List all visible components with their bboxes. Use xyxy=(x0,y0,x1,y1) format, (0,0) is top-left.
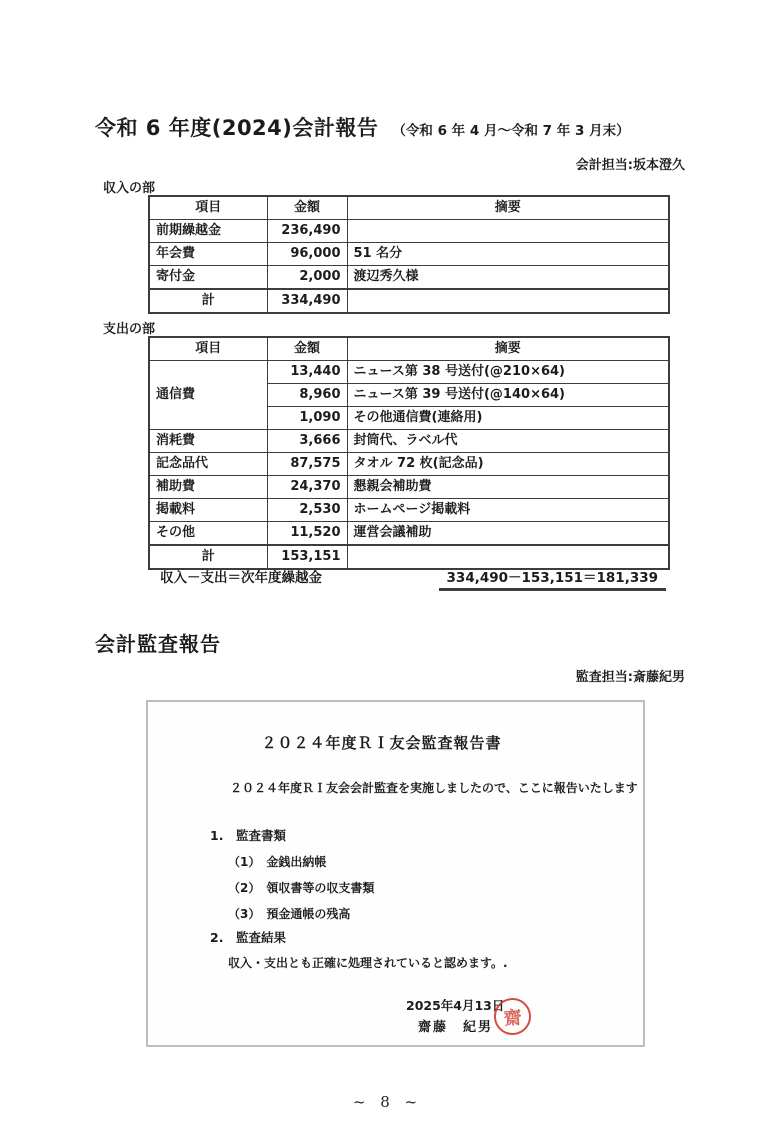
item-cell: 前期繰越金 xyxy=(149,220,267,243)
accountant-name: 会計担当:坂本澄久 xyxy=(576,154,685,173)
note-cell: ニュース第 38 号送付(@210×64) xyxy=(347,361,669,384)
audit-result-text: 収入・支出とも正確に処理されていると認めます。. xyxy=(228,954,508,971)
audit-result-heading: 2. 監査結果 xyxy=(210,928,286,946)
amount-cell: 24,370 xyxy=(267,476,347,499)
auditor-signature: 齋藤 紀男 xyxy=(418,1016,493,1035)
list-item: （2） 領収書等の収支書類 xyxy=(228,875,374,901)
audit-date: 2025年4月13日 xyxy=(406,996,504,1014)
note-cell xyxy=(347,289,669,313)
page-title: 令和 6 年度(2024)会計報告 xyxy=(95,112,378,142)
income-section-label: 収入の部 xyxy=(103,177,155,196)
amount-cell: 2,530 xyxy=(267,499,347,522)
table-row: 通信費 13,440 ニュース第 38 号送付(@210×64) xyxy=(149,361,669,384)
hanko-seal-character: 齋 xyxy=(502,1003,522,1030)
income-header-row: 項目 金額 摘要 xyxy=(149,196,669,220)
accounting-report-page: 令和 6 年度(2024)会計報告 （令和 6 年 4 月～令和 7 年 3 月… xyxy=(0,0,770,1140)
amount-cell: 11,520 xyxy=(267,522,347,546)
note-cell: ホームページ掲載料 xyxy=(347,499,669,522)
item-cell: 掲載料 xyxy=(149,499,267,522)
income-total-row: 計 334,490 xyxy=(149,289,669,313)
income-table: 項目 金額 摘要 前期繰越金 236,490 年会費 96,000 51 名分 … xyxy=(148,195,670,314)
note-cell: タオル 72 枚(記念品) xyxy=(347,453,669,476)
note-cell: ニュース第 39 号送付(@140×64) xyxy=(347,384,669,407)
audit-section-heading: 会計監査報告 xyxy=(95,628,221,657)
audit-report-title: ２０２４年度ＲＩ友会監査報告書 xyxy=(134,732,629,753)
amount-cell: 13,440 xyxy=(267,361,347,384)
audit-documents-list: （1） 金銭出納帳 （2） 領収書等の収支書類 （3） 預金通帳の残高 xyxy=(228,849,374,927)
table-row: その他 11,520 運営会議補助 xyxy=(149,522,669,546)
item-cell: その他 xyxy=(149,522,267,546)
column-header-amount: 金額 xyxy=(267,337,347,361)
amount-cell: 87,575 xyxy=(267,453,347,476)
note-cell: 封筒代、ラベル代 xyxy=(347,430,669,453)
total-label-cell: 計 xyxy=(149,289,267,313)
amount-cell: 3,666 xyxy=(267,430,347,453)
note-cell: 運営会議補助 xyxy=(347,522,669,546)
expense-table: 項目 金額 摘要 通信費 13,440 ニュース第 38 号送付(@210×64… xyxy=(148,336,670,570)
column-header-note: 摘要 xyxy=(347,196,669,220)
note-cell: その他通信費(連絡用) xyxy=(347,407,669,430)
note-cell: 51 名分 xyxy=(347,243,669,266)
table-row: 消耗費 3,666 封筒代、ラベル代 xyxy=(149,430,669,453)
item-cell: 通信費 xyxy=(149,361,267,430)
list-item: （1） 金銭出納帳 xyxy=(228,849,374,875)
column-header-note: 摘要 xyxy=(347,337,669,361)
audit-documents-heading: 1. 監査書類 xyxy=(210,826,286,844)
amount-cell: 2,000 xyxy=(267,266,347,290)
note-cell: 懇親会補助費 xyxy=(347,476,669,499)
auditor-name: 監査担当:斎藤紀男 xyxy=(576,666,685,685)
item-cell: 年会費 xyxy=(149,243,267,266)
page-number: ~ 8 ~ xyxy=(0,1093,770,1111)
table-row: 寄付金 2,000 渡辺秀久様 xyxy=(149,266,669,290)
audit-report-box: ２０２４年度ＲＩ友会監査報告書 ２０２４年度ＲＩ友会会計監査を実施しましたので、… xyxy=(146,700,645,1047)
table-row: 前期繰越金 236,490 xyxy=(149,220,669,243)
item-cell: 記念品代 xyxy=(149,453,267,476)
item-cell: 寄付金 xyxy=(149,266,267,290)
page-title-period-note: （令和 6 年 4 月～令和 7 年 3 月末） xyxy=(392,119,629,139)
hanko-seal-icon: 齋 xyxy=(492,996,532,1036)
table-row: 掲載料 2,530 ホームページ掲載料 xyxy=(149,499,669,522)
note-cell xyxy=(347,220,669,243)
column-header-item: 項目 xyxy=(149,196,267,220)
amount-cell: 8,960 xyxy=(267,384,347,407)
column-header-item: 項目 xyxy=(149,337,267,361)
expense-header-row: 項目 金額 摘要 xyxy=(149,337,669,361)
item-cell: 消耗費 xyxy=(149,430,267,453)
amount-cell: 1,090 xyxy=(267,407,347,430)
list-item: （3） 預金通帳の残高 xyxy=(228,901,374,927)
audit-report-intro: ２０２４年度ＲＩ友会会計監査を実施しましたので、ここに報告いたします xyxy=(230,779,638,796)
page-title-row: 令和 6 年度(2024)会計報告 （令和 6 年 4 月～令和 7 年 3 月… xyxy=(95,112,630,142)
table-row: 補助費 24,370 懇親会補助費 xyxy=(149,476,669,499)
balance-label: 収入－支出＝次年度繰越金 xyxy=(160,566,322,586)
total-amount-cell: 334,490 xyxy=(267,289,347,313)
item-cell: 補助費 xyxy=(149,476,267,499)
table-row: 記念品代 87,575 タオル 72 枚(記念品) xyxy=(149,453,669,476)
amount-cell: 236,490 xyxy=(267,220,347,243)
table-row: 年会費 96,000 51 名分 xyxy=(149,243,669,266)
balance-formula: 334,490－153,151＝181,339 xyxy=(439,566,666,591)
note-cell: 渡辺秀久様 xyxy=(347,266,669,290)
column-header-amount: 金額 xyxy=(267,196,347,220)
expense-section-label: 支出の部 xyxy=(103,318,155,337)
amount-cell: 96,000 xyxy=(267,243,347,266)
balance-row: 収入－支出＝次年度繰越金 334,490－153,151＝181,339 xyxy=(148,566,668,591)
